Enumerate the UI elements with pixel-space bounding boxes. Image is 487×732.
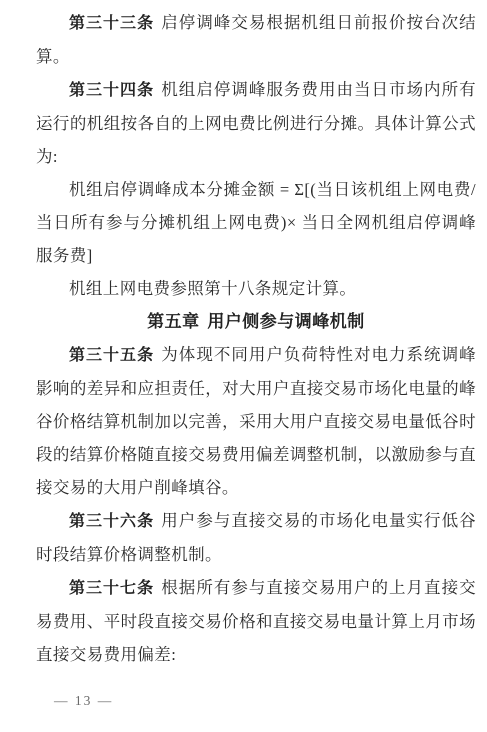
chapter-title: 用户侧参与调峰机制 [207,312,365,331]
article-paragraph: 第三十四条机组启停调峰服务费用由当日市场内所有运行的机组按各自的上网电费比例进行… [36,73,476,173]
article-paragraph: 第三十六条用户参与直接交易的市场化电量实行低谷时段结算价格调整机制。 [36,504,476,571]
article-number-label: 第三十五条 [69,347,154,364]
article-text: 为体现不同用户负荷特性对电力系统调峰影响的差异和应担责任，对大用户直接交易市场化… [36,345,476,497]
article-paragraph: 第三十五条为体现不同用户负荷特性对电力系统调峰影响的差异和应担责任，对大用户直接… [36,338,476,504]
formula-text: 机组启停调峰成本分摊金额 = Σ[(当日该机组上网电费/当日所有参与分摊机组上网… [36,180,476,265]
document-body: 第三十三条启停调峰交易根据机组日前报价按台次结算。 第三十四条机组启停调峰服务费… [36,6,476,671]
article-number-label: 第三十七条 [69,580,154,597]
note-text: 机组上网电费参照第十八条规定计算。 [69,279,356,298]
chapter-heading: 第五章用户侧参与调峰机制 [36,305,476,338]
page-number: — 13 — [54,693,113,709]
formula-paragraph: 机组启停调峰成本分摊金额 = Σ[(当日该机组上网电费/当日所有参与分摊机组上网… [36,173,476,272]
article-number-label: 第三十六条 [69,513,154,530]
document-page: 第三十三条启停调峰交易根据机组日前报价按台次结算。 第三十四条机组启停调峰服务费… [0,0,487,732]
article-paragraph: 第三十七条根据所有参与直接交易用户的上月直接交易费用、平时段直接交易价格和直接交… [36,571,476,671]
article-number-label: 第三十四条 [69,82,154,99]
article-paragraph: 第三十三条启停调峰交易根据机组日前报价按台次结算。 [36,6,476,73]
note-paragraph: 机组上网电费参照第十八条规定计算。 [36,272,476,305]
article-number-label: 第三十三条 [69,15,154,32]
chapter-number-label: 第五章 [147,312,200,331]
